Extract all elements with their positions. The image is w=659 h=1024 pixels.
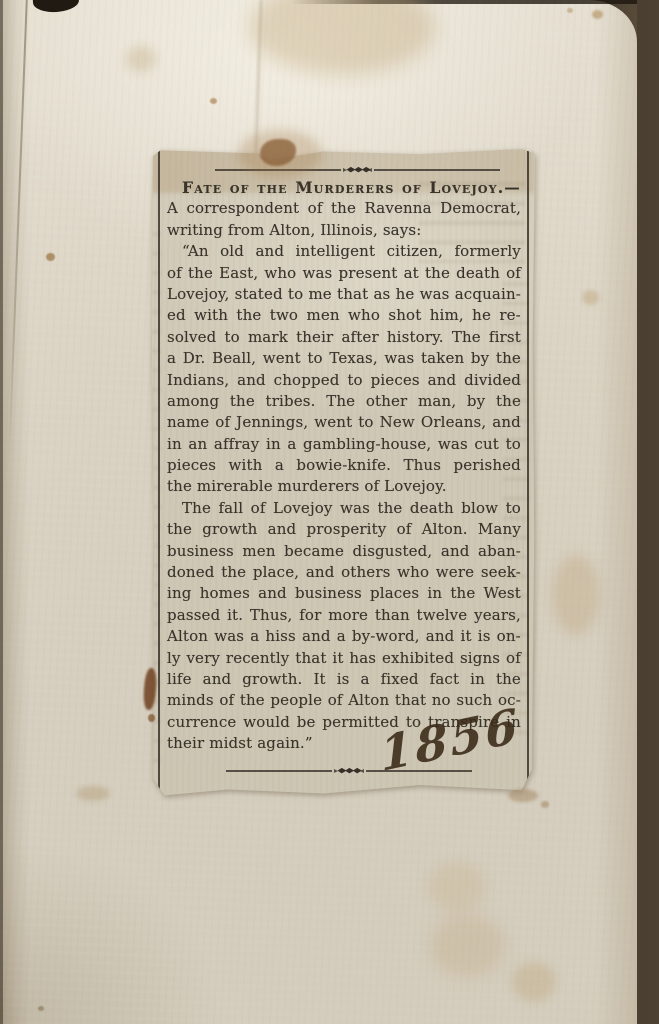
word: and (268, 519, 297, 540)
clipping-line: aDr.Beall,wenttoTexas,wastakenbythe (167, 348, 521, 369)
word: with (194, 305, 228, 326)
word: of (402, 177, 422, 198)
word: and (441, 541, 470, 562)
word: fall (218, 498, 243, 519)
word: homes (200, 583, 250, 604)
word: the (496, 348, 521, 369)
word: “An (182, 241, 209, 262)
word: was (340, 498, 370, 519)
word: was (384, 348, 414, 369)
word: shot (388, 305, 421, 326)
word: exhibited (382, 648, 454, 669)
word: Alton (348, 690, 389, 711)
word: men (242, 541, 275, 562)
clipping-lines: AcorrespondentoftheRavennaDemocrat,writi… (167, 198, 521, 754)
word: their (296, 327, 333, 348)
word: business (295, 583, 362, 604)
word: stated (235, 284, 283, 305)
word: among (167, 391, 219, 412)
word: with (229, 455, 263, 476)
word: the (188, 263, 213, 284)
word: in (427, 583, 442, 604)
word: a (250, 626, 259, 647)
word: passed (167, 605, 220, 626)
word: East, (219, 263, 258, 284)
word: on- (497, 626, 521, 647)
word: the (257, 177, 288, 198)
clipping-edge-stain (148, 714, 155, 722)
word: pieces (167, 455, 216, 476)
word: and (306, 562, 335, 583)
word: The (326, 391, 355, 412)
clipping-line: Lovejoy,statedtomethatashewasacquain- (167, 284, 521, 305)
word: to (506, 434, 521, 455)
word: him, (430, 305, 464, 326)
word: Beall, (212, 348, 256, 369)
word: intelligent (296, 241, 376, 262)
clipping-line: businessmenbecamedisgusted,andaban- (167, 541, 521, 562)
word: solved (167, 327, 216, 348)
word: blow (461, 498, 498, 519)
word: was (214, 626, 244, 647)
word: men (306, 305, 339, 326)
word: formerly (454, 241, 521, 262)
word: who (264, 263, 296, 284)
word: Murderers (295, 177, 394, 198)
word: a (361, 669, 370, 690)
word: it (461, 626, 472, 647)
clipping-line: oftheEast,whowaspresentatthedeathof (167, 263, 521, 284)
word: in (266, 434, 281, 455)
word: the (230, 391, 255, 412)
word: growth. (242, 669, 302, 690)
word: Lovejoy (273, 498, 333, 519)
foxing-stain (430, 915, 505, 977)
word: the (425, 263, 450, 284)
word: Texas, (329, 348, 378, 369)
word: was (420, 284, 450, 305)
word: man, (418, 391, 456, 412)
word: and (426, 626, 455, 647)
word: of (251, 498, 266, 519)
word: by (467, 391, 485, 412)
word: more (328, 605, 368, 626)
word: for (299, 605, 321, 626)
word: disgusted, (353, 541, 433, 562)
foxing-stain (592, 10, 603, 19)
word: perished (453, 455, 520, 476)
word: aban- (478, 541, 521, 562)
word: tribes. (266, 391, 316, 412)
clipping-line: inghomesandbusinessplacesintheWest (167, 583, 521, 604)
word: to (307, 348, 322, 369)
word: than (375, 605, 410, 626)
word: present (339, 263, 398, 284)
word: the (331, 198, 356, 219)
word: two (270, 305, 298, 326)
word: to (358, 412, 373, 433)
word: places (370, 583, 419, 604)
word: no (432, 690, 451, 711)
word: a (287, 434, 296, 455)
word: was (438, 434, 468, 455)
clipping-headline: FateoftheMurderersofLovejoy.— (167, 177, 521, 198)
word: Alton (167, 626, 208, 647)
word: the (167, 519, 192, 540)
word: to (347, 370, 362, 391)
foxing-stain (38, 1006, 44, 1011)
word: of (308, 198, 323, 219)
foxing-stain (582, 290, 599, 305)
foxing-stain (512, 962, 556, 1002)
word: name (167, 412, 209, 433)
word: life (167, 669, 192, 690)
word: and (492, 412, 521, 433)
word: is (478, 626, 491, 647)
word: he (472, 305, 491, 326)
photo-background: ◆◆◆ FateoftheMurderersofLovejoy.— Acorre… (0, 0, 659, 1024)
word: he (396, 284, 415, 305)
word: seek- (481, 562, 521, 583)
word: of (230, 177, 250, 198)
clipping-line: inanaffrayinagambling-house,wascutto (167, 434, 521, 455)
word: bowie-knife. (296, 455, 391, 476)
word: gambling-house, (303, 434, 431, 455)
word: old (220, 241, 244, 262)
word: at (404, 263, 419, 284)
word: place, (253, 562, 299, 583)
clipping-line: writing from Alton, Illinois, says: (167, 220, 521, 241)
word: of (506, 648, 521, 669)
word: the (450, 583, 475, 604)
foxing-stain (567, 8, 573, 13)
word: hiss (265, 626, 295, 647)
word: Alton. (422, 519, 468, 540)
word: the (496, 391, 521, 412)
word: New (380, 412, 415, 433)
word: Dr. (183, 348, 206, 369)
word: of (397, 519, 412, 540)
word: prosperity (306, 519, 386, 540)
word: is (337, 669, 350, 690)
word: would (243, 712, 290, 733)
word: an (188, 434, 207, 455)
word: Lovejoy.— (429, 177, 521, 198)
foxing-stain (428, 862, 486, 912)
clipping-line: “Anoldandintelligentcitizen,formerly (167, 241, 521, 262)
word: in (470, 669, 485, 690)
word: re- (499, 305, 521, 326)
word: Many (478, 519, 521, 540)
clipping-line: amongthetribes.Theotherman,bythe (167, 391, 521, 412)
word: of (506, 263, 521, 284)
word: of (215, 412, 230, 433)
word: very (186, 648, 220, 669)
word: the (496, 669, 521, 690)
column-rule-left (158, 149, 160, 792)
word: ed (167, 305, 186, 326)
word: acquain- (455, 284, 521, 305)
dark-left-edge (0, 0, 3, 1024)
word: other (366, 391, 408, 412)
word: others (341, 562, 390, 583)
clipping-line: lifeandgrowth.Itisafixedfactinthe (167, 669, 521, 690)
clipping-line: ThefallofLovejoywasthedeathblowto (167, 498, 521, 519)
word: cut (474, 434, 499, 455)
word: affray (214, 434, 260, 455)
word: A (167, 198, 178, 219)
word: Jennings, (236, 412, 308, 433)
word: by-word, (352, 626, 420, 647)
word: Lovejoy, (167, 284, 229, 305)
word: chopped (274, 370, 340, 391)
word: mark (248, 327, 288, 348)
word: has (349, 648, 376, 669)
clipping-line: lyveryrecentlythatithasexhibitedsignsof (167, 648, 521, 669)
word: pieces (371, 370, 420, 391)
word: correspondent (186, 198, 299, 219)
word: West (484, 583, 521, 604)
word: a (337, 626, 346, 647)
word: signs (460, 648, 500, 669)
word: to (288, 284, 303, 305)
word: that (337, 284, 368, 305)
word: fixed (381, 669, 419, 690)
word: Thus (403, 455, 441, 476)
word: went (263, 348, 301, 369)
divider-ornament-icon: ◆◆◆ (346, 167, 369, 173)
word: as (373, 284, 390, 305)
word: years, (474, 605, 521, 626)
clipping-line: solvedtomarktheirafterhistory.Thefirst (167, 327, 521, 348)
word: who (348, 305, 380, 326)
word: of (219, 690, 234, 711)
word: that (395, 690, 426, 711)
word: became (284, 541, 344, 562)
word: it (332, 648, 343, 669)
word: Indians, (167, 370, 229, 391)
word: citizen, (387, 241, 443, 262)
word: the (377, 498, 402, 519)
clipping-line: Indians,andchoppedtopiecesanddivided (167, 370, 521, 391)
word: and (203, 669, 232, 690)
clipping-line: thegrowthandprosperityofAlton.Many (167, 519, 521, 540)
divider-ornament-icon: ◆◆◆ (337, 768, 360, 774)
foxing-stain (541, 801, 549, 808)
divider-line (374, 169, 500, 170)
word: a (275, 455, 284, 476)
clipping-edge-stain (508, 789, 538, 802)
word: fact (430, 669, 460, 690)
clipping-line: nameofJennings,wenttoNewOrleans,and (167, 412, 521, 433)
word: The (182, 498, 211, 519)
word: was (302, 263, 332, 284)
word: Orleans, (421, 412, 486, 433)
word: people (270, 690, 322, 711)
clipping-paper: ◆◆◆ FateoftheMurderersofLovejoy.— Acorre… (151, 147, 535, 798)
word: Fate (182, 177, 222, 198)
word: be (297, 712, 316, 733)
word: Thus, (250, 605, 293, 626)
word: after (341, 327, 378, 348)
clipping-line: donedtheplace,andotherswhowereseek- (167, 562, 521, 583)
word: who (397, 562, 429, 583)
word: history. (387, 327, 444, 348)
clipping-line: AcorrespondentoftheRavennaDemocrat, (167, 198, 521, 219)
word: to (224, 327, 239, 348)
word: were (436, 562, 474, 583)
foxing-stain (552, 555, 600, 635)
word: Ravenna (364, 198, 431, 219)
word: Democrat, (440, 198, 521, 219)
word: twelve (417, 605, 468, 626)
word: the (236, 305, 261, 326)
word: and (302, 626, 331, 647)
word: first (489, 327, 521, 348)
word: and (258, 583, 287, 604)
clipping-line: the mirerable murderers of Lovejoy. (167, 476, 521, 497)
word: growth (202, 519, 257, 540)
clipping-line: edwiththetwomenwhoshothim,here- (167, 305, 521, 326)
word: the (221, 562, 246, 583)
page-right-edge-shade (595, 0, 637, 1024)
clipping-line: passedit.Thus,formorethantwelveyears, (167, 605, 521, 626)
column-rule-right (527, 151, 529, 796)
word: recently (226, 648, 290, 669)
word: in (167, 434, 182, 455)
word: a (167, 348, 176, 369)
newspaper-clipping: ◆◆◆ FateoftheMurderersofLovejoy.— Acorre… (151, 147, 535, 798)
word: death (456, 263, 500, 284)
word: and (428, 370, 457, 391)
foxing-stain (76, 786, 110, 801)
word: death (410, 498, 454, 519)
word: that (295, 648, 326, 669)
word: by (471, 348, 489, 369)
word: divided (464, 370, 521, 391)
foxing-stain (46, 253, 55, 261)
word: It (313, 669, 325, 690)
word: ly (167, 648, 181, 669)
word: minds (167, 690, 214, 711)
word: to (506, 498, 521, 519)
page-gutter-shade (0, 0, 30, 1024)
foxing-stain (210, 98, 217, 104)
clipping-line: pieceswithabowie-knife.Thusperished (167, 455, 521, 476)
word: ing (167, 583, 192, 604)
word: and (255, 241, 284, 262)
word: and (237, 370, 266, 391)
word: it. (227, 605, 243, 626)
word: taken (421, 348, 464, 369)
word: the (240, 690, 265, 711)
word: doned (167, 562, 215, 583)
word: of (328, 690, 343, 711)
word: of (167, 263, 182, 284)
word: business (167, 541, 234, 562)
word: went (314, 412, 352, 433)
word: currence (167, 712, 236, 733)
divider-line (226, 770, 332, 771)
clipping-line: Altonwasahissandaby-word,anditison- (167, 626, 521, 647)
word: me (308, 284, 331, 305)
word: The (452, 327, 481, 348)
clipping-body: FateoftheMurderersofLovejoy.— Acorrespon… (167, 177, 521, 755)
foxing-stain (126, 46, 156, 72)
